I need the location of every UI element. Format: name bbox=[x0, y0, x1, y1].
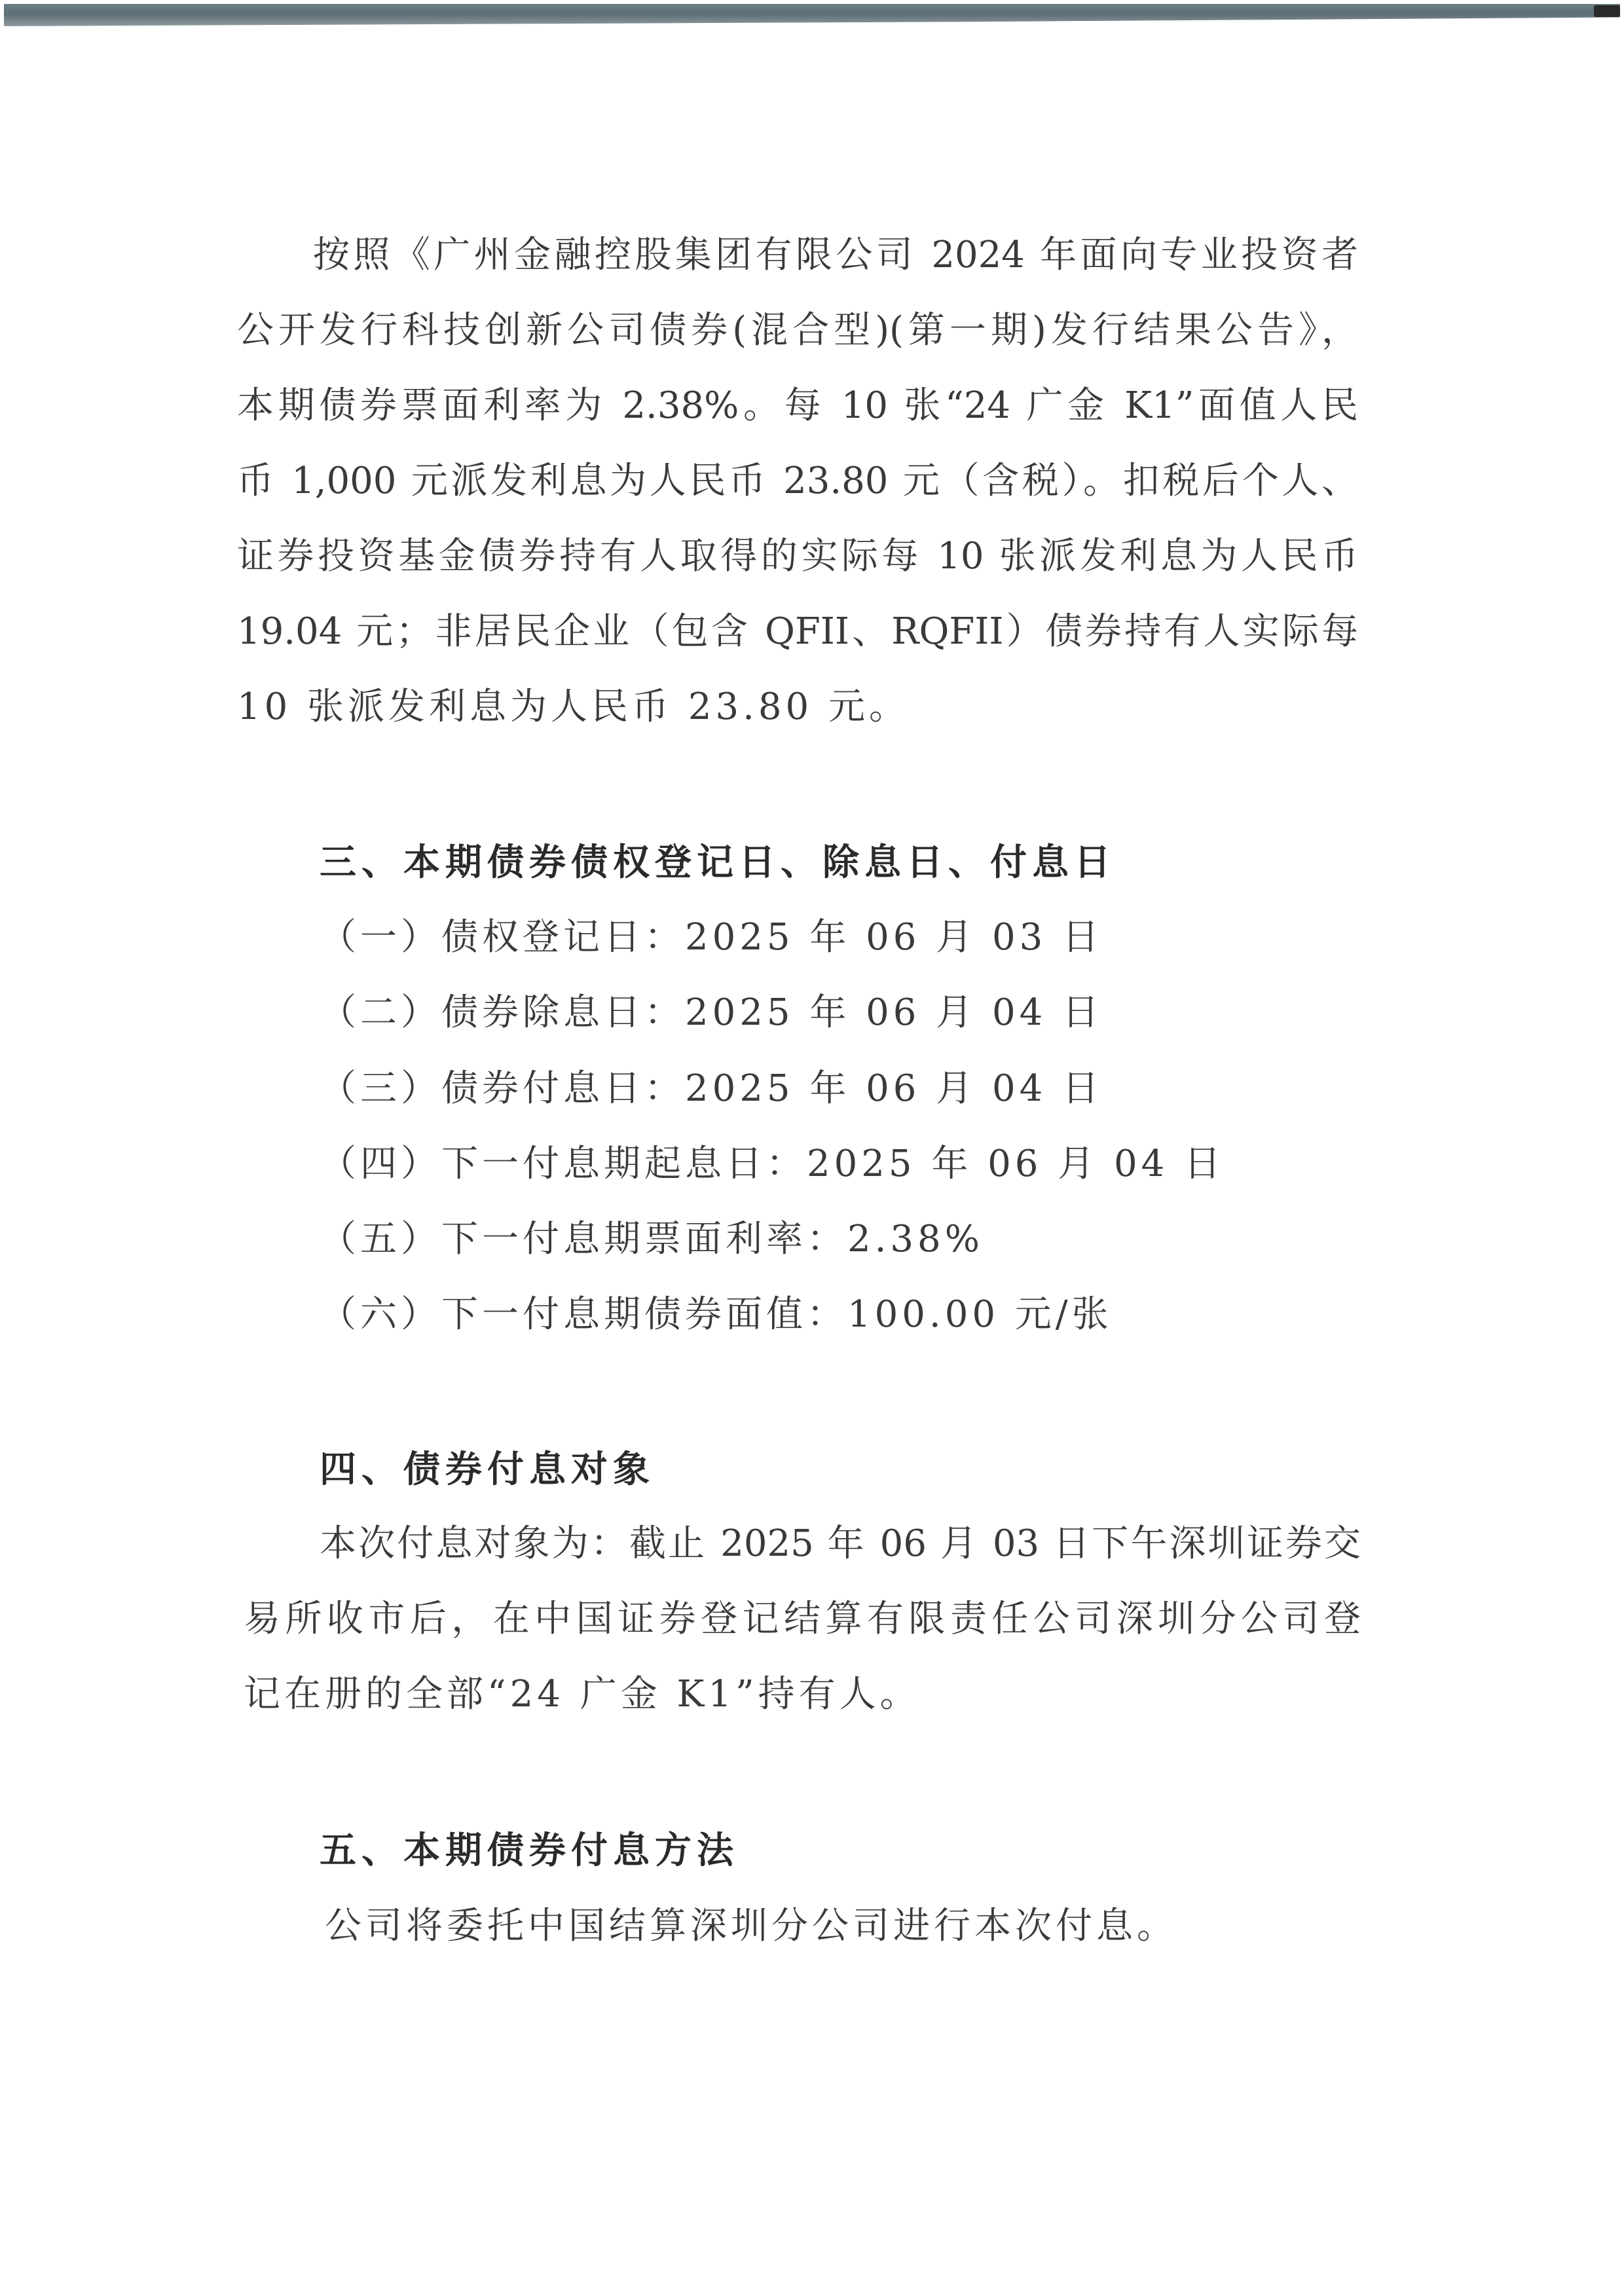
paragraph-line: 按照《广州金融控股集团有限公司 2024 年面向专业投资者 bbox=[313, 232, 1358, 278]
date-item-next-accrual-date: （四）下一付息期起息日：2025 年 06 月 04 日 bbox=[320, 1141, 1225, 1187]
paragraph-line: 19.04 元；非居民企业（包含 QFII、RQFII）债券持有人实际每 bbox=[237, 609, 1358, 655]
section-heading: 五、本期债券付息方法 bbox=[320, 1828, 739, 1874]
paragraph-line: 公开发行科技创新公司债券(混合型)(第一期)发行结果公告》， bbox=[237, 308, 1358, 354]
paragraph-line: 币 1,000 元派发利息为人民币 23.80 元（含税）。扣税后个人、 bbox=[237, 458, 1358, 504]
section-heading: 三、本期债券债权登记日、除息日、付息日 bbox=[320, 840, 1116, 886]
paragraph-line: 记在册的全部“24 广金 K1”持有人。 bbox=[244, 1672, 921, 1717]
paragraph-line: 本期债券票面利率为 2.38%。每 10 张“24 广金 K1”面值人民 bbox=[237, 383, 1358, 429]
date-item-next-face-value: （六）下一付息期债券面值：100.00 元/张 bbox=[320, 1292, 1113, 1338]
paragraph-line: 本次付息对象为：截止 2025 年 06 月 03 日下午深圳证券交 bbox=[320, 1521, 1361, 1567]
scan-edge-artifact bbox=[4, 4, 1620, 26]
date-item-next-coupon-rate: （五）下一付息期票面利率：2.38% bbox=[320, 1217, 984, 1262]
section-heading: 四、债券付息对象 bbox=[320, 1447, 655, 1493]
paragraph-line: 易所收市后，在中国证券登记结算有限责任公司深圳分公司登 bbox=[244, 1596, 1361, 1642]
paragraph-line: 10 张派发利息为人民币 23.80 元。 bbox=[237, 684, 910, 730]
scan-edge-mark bbox=[1594, 5, 1620, 17]
date-item-payment-date: （三）债券付息日：2025 年 06 月 04 日 bbox=[320, 1066, 1103, 1112]
date-item-record-date: （一）债权登记日：2025 年 06 月 03 日 bbox=[320, 915, 1103, 961]
date-item-ex-dividend-date: （二）债券除息日：2025 年 06 月 04 日 bbox=[320, 990, 1103, 1036]
paragraph-line: 证券投资基金债券持有人取得的实际每 10 张派发利息为人民币 bbox=[237, 534, 1358, 579]
paragraph-line: 公司将委托中国结算深圳分公司进行本次付息。 bbox=[325, 1903, 1177, 1949]
